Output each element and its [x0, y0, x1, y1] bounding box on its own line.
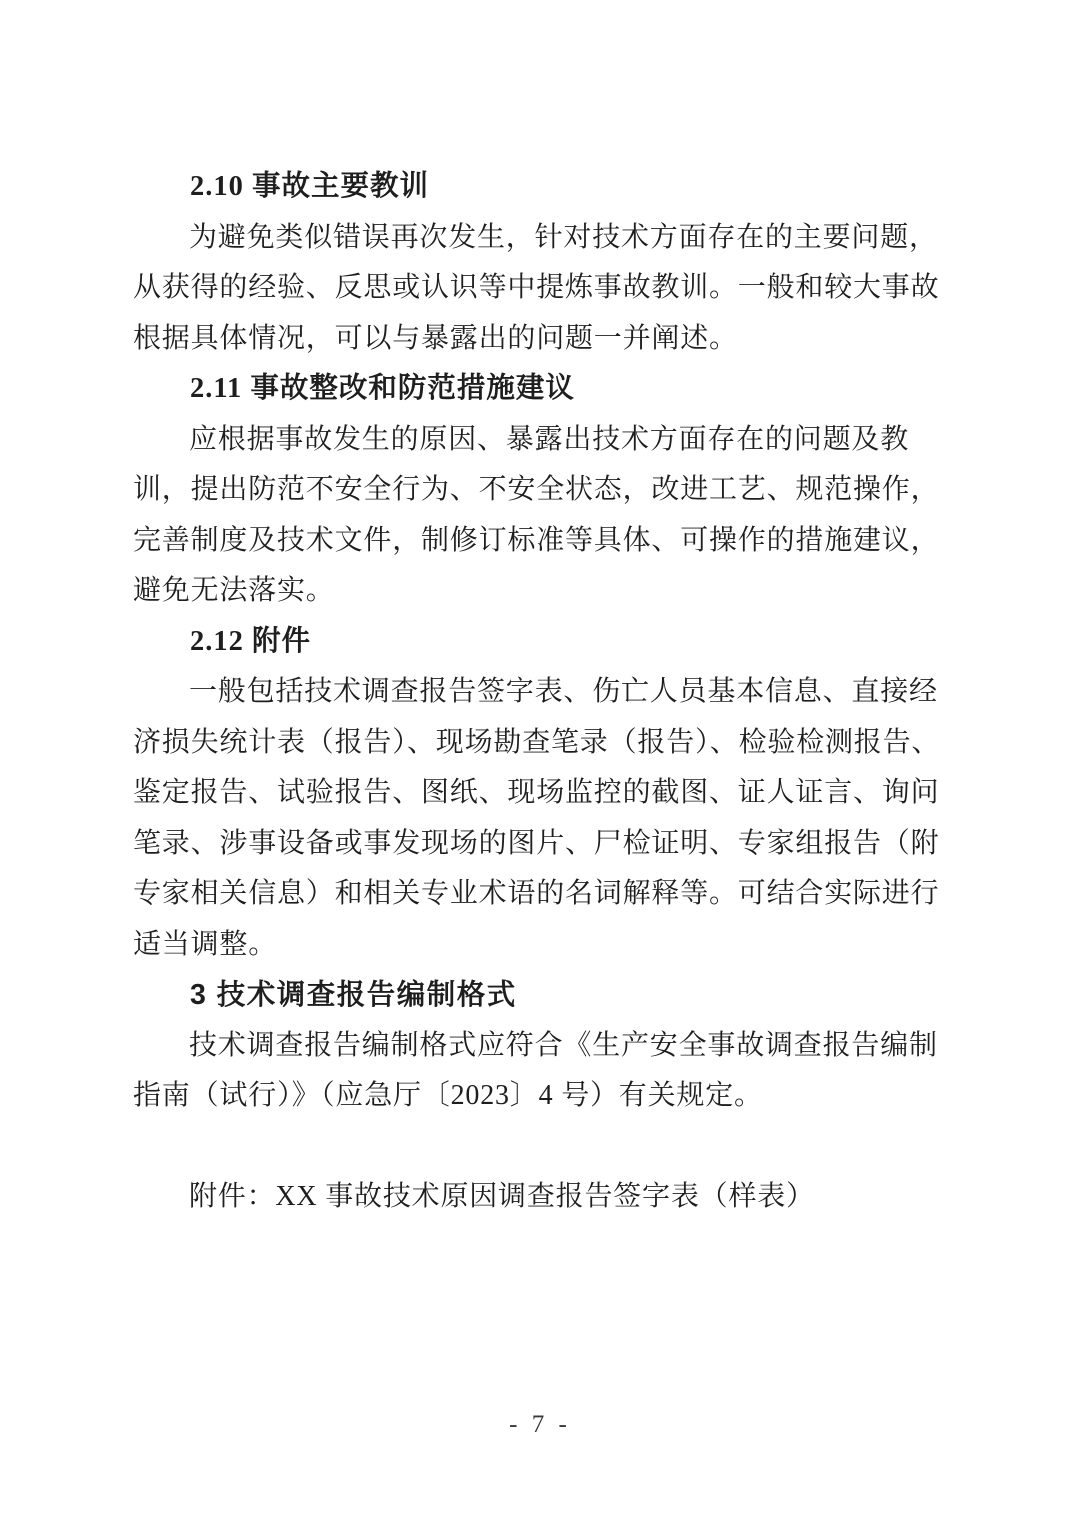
section-2-12: 2.12 附件 一般包括技术调查报告签字表、伤亡人员基本信息、直接经 济损失统计… [133, 617, 943, 971]
document-body: 2.10 事故主要教训 为避免类似错误再次发生，针对技术方面存在的主要问题， 从… [133, 162, 943, 1223]
paragraph-line: 应根据事故发生的原因、暴露出技术方面存在的问题及教 [133, 415, 943, 466]
paragraph-line: 避免无法落实。 [133, 566, 943, 617]
section-3: 3 技术调查报告编制格式 技术调查报告编制格式应符合《生产安全事故调查报告编制 … [133, 970, 943, 1122]
paragraph-line: 专家相关信息）和相关专业术语的名词解释等。可结合实际进行 [133, 869, 943, 920]
page-number: - 7 - [509, 1411, 571, 1438]
paragraph-line: 完善制度及技术文件，制修订标准等具体、可操作的措施建议， [133, 516, 943, 567]
paragraph-line: 为避免类似错误再次发生，针对技术方面存在的主要问题， [133, 213, 943, 264]
paragraph-line: 技术调查报告编制格式应符合《生产安全事故调查报告编制 [133, 1021, 943, 1072]
section-2-10: 2.10 事故主要教训 为避免类似错误再次发生，针对技术方面存在的主要问题， 从… [133, 162, 943, 364]
paragraph-line: 笔录、涉事设备或事发现场的图片、尸检证明、专家组报告（附 [133, 819, 943, 870]
attachment-line: 附件：XX 事故技术原因调查报告签字表（样表） [133, 1172, 943, 1223]
section-3-heading: 3 技术调查报告编制格式 [133, 970, 943, 1021]
section-2-10-heading: 2.10 事故主要教训 [133, 162, 943, 213]
paragraph-line: 济损失统计表（报告）、现场勘查笔录（报告）、检验检测报告、 [133, 718, 943, 769]
section-2-11-heading: 2.11 事故整改和防范措施建议 [133, 364, 943, 415]
document-page: 2.10 事故主要教训 为避免类似错误再次发生，针对技术方面存在的主要问题， 从… [0, 0, 1080, 1526]
paragraph-line: 训，提出防范不安全行为、不安全状态，改进工艺、规范操作， [133, 465, 943, 516]
paragraph-line: 鉴定报告、试验报告、图纸、现场监控的截图、证人证言、询问 [133, 768, 943, 819]
paragraph-line: 指南（试行）》（应急厅〔2023〕4 号）有关规定。 [133, 1071, 943, 1122]
section-2-12-heading: 2.12 附件 [133, 617, 943, 668]
paragraph-line: 适当调整。 [133, 920, 943, 971]
paragraph-line: 一般包括技术调查报告签字表、伤亡人员基本信息、直接经 [133, 667, 943, 718]
page-footer: - 7 - [0, 1408, 1080, 1442]
paragraph-line: 根据具体情况，可以与暴露出的问题一并阐述。 [133, 314, 943, 365]
section-2-11: 2.11 事故整改和防范措施建议 应根据事故发生的原因、暴露出技术方面存在的问题… [133, 364, 943, 617]
paragraph-line: 从获得的经验、反思或认识等中提炼事故教训。一般和较大事故 [133, 263, 943, 314]
